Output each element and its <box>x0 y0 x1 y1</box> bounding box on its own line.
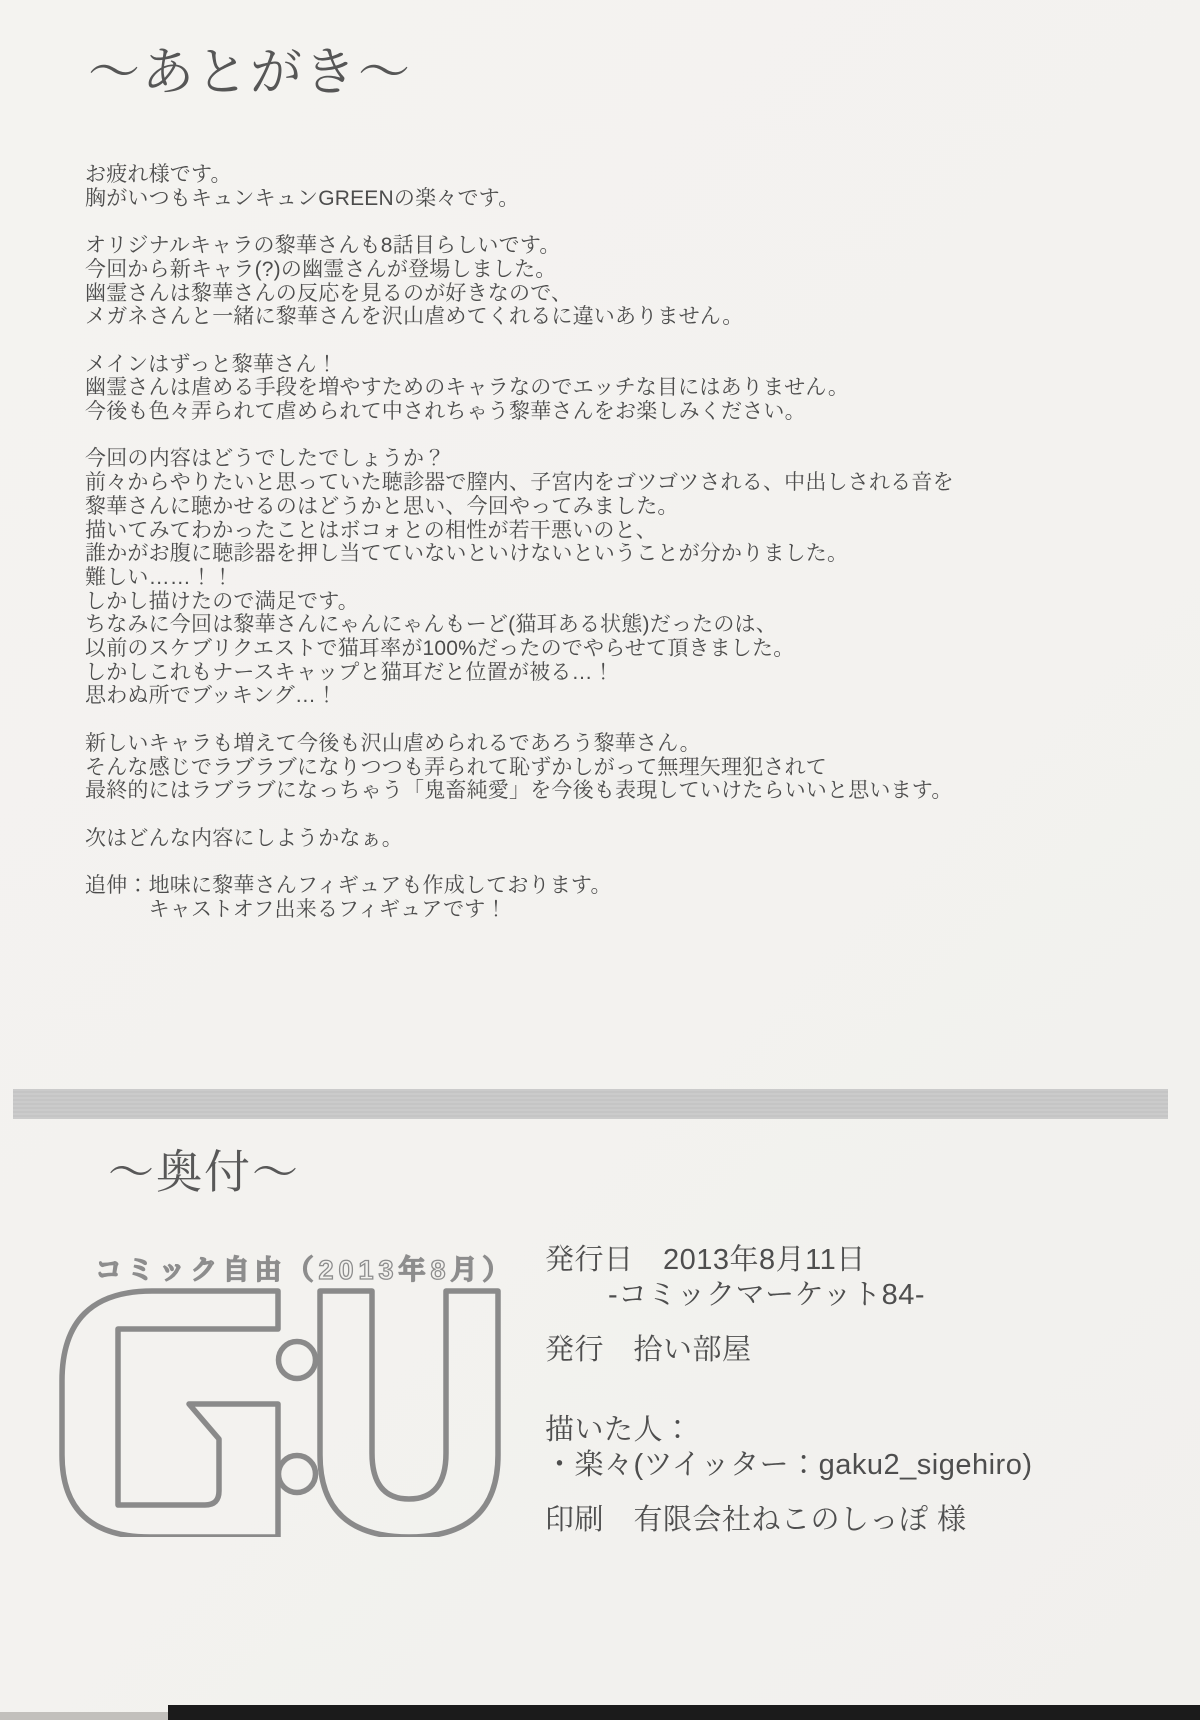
gu-logo <box>58 1287 508 1537</box>
scanned-page: ～あとがき～ お疲れ様です。 胸がいつもキュンキュンGREENの楽々です。 オリ… <box>0 0 1200 1720</box>
logo-letter-g <box>62 1291 278 1537</box>
colophon-title: ～奥付～ <box>108 1136 300 1202</box>
logo-letter-u <box>320 1291 498 1537</box>
afterword-body: お疲れ様です。 胸がいつもキュンキュンGREENの楽々です。 オリジナルキャラの… <box>85 163 1125 922</box>
colophon-artist-name: ・楽々(ツイッター：gaku2_sigehiro) <box>545 1442 1032 1483</box>
logo-colon-dot-bottom <box>279 1456 316 1493</box>
scan-edge-haze <box>0 1712 168 1720</box>
circle-logo-caption: コミック自由（2013年8月） <box>95 1248 515 1287</box>
colophon-event-name: -コミックマーケット84- <box>608 1272 925 1313</box>
section-divider <box>13 1089 1168 1119</box>
logo-colon-dot-top <box>279 1342 316 1379</box>
colophon-printer: 印刷 有限会社ねこのしっぽ 様 <box>545 1497 967 1538</box>
colophon-publisher: 発行 拾い部屋 <box>545 1327 752 1368</box>
scan-edge-artifact <box>168 1705 1200 1720</box>
afterword-title: ～あとがき～ <box>88 30 412 105</box>
